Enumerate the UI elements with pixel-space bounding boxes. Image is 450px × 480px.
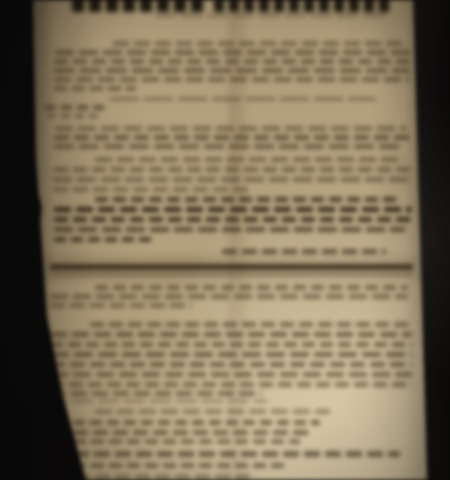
divider-rule	[0, 0, 450, 480]
divider-rule-line	[52, 273, 412, 276]
opening-paragraph-line	[113, 41, 408, 46]
emphasis-paragraph-line	[54, 227, 405, 232]
lower-paragraph-2-line	[50, 391, 262, 396]
lower-paragraph-2-line	[50, 342, 412, 347]
emphasis-paragraph-line	[54, 207, 412, 212]
reference-lines-line	[110, 97, 376, 101]
signature-line	[0, 0, 450, 480]
opening-paragraph-line	[54, 77, 410, 82]
divider-rule-line	[50, 264, 413, 270]
emphasis-paragraph-line	[95, 197, 400, 202]
paragraph-3	[0, 0, 450, 480]
opening-paragraph-line	[54, 68, 410, 73]
poster-paper	[0, 0, 450, 480]
lower-paragraph-1	[0, 0, 450, 480]
signature-line-line	[222, 249, 386, 254]
paragraph-3-line	[95, 157, 404, 162]
lower-paragraph-1-line	[50, 303, 192, 308]
lower-paragraph-2-line	[50, 362, 412, 367]
paragraph-2-line	[54, 144, 402, 149]
lower-paragraph-2-line	[50, 332, 412, 337]
headline	[0, 0, 450, 480]
paragraph-2-line	[55, 126, 406, 131]
lower-paragraph-1-line	[95, 285, 408, 290]
headline-line	[214, 0, 390, 12]
poster-text-blocks	[0, 0, 450, 480]
opening-paragraph-line	[54, 86, 136, 91]
paragraph-2	[0, 0, 450, 480]
closing-list-line	[73, 420, 320, 425]
emphasis-paragraph-line	[54, 217, 412, 222]
lower-paragraph-1-line	[50, 294, 408, 299]
opening-paragraph-line	[55, 50, 410, 55]
headline-line	[155, 13, 388, 18]
paragraph-2-line	[54, 135, 410, 140]
paper-sheet-clip	[0, 0, 450, 480]
list-intro-line	[0, 0, 450, 480]
list-intro-line-line	[95, 409, 330, 414]
lower-paragraph-2-line	[50, 382, 412, 387]
emphasis-paragraph	[0, 0, 450, 480]
opening-paragraph-line	[54, 59, 410, 64]
reference-lines	[0, 0, 450, 480]
closing-list-line	[73, 451, 400, 457]
reference-lines-line	[45, 105, 106, 110]
closing-list-line	[73, 463, 284, 468]
paper-edge-tear	[24, 196, 41, 220]
lower-paragraph-2	[0, 0, 450, 480]
opening-paragraph	[0, 0, 450, 480]
closing-list	[0, 0, 450, 480]
paragraph-3-line	[53, 177, 410, 182]
closing-list-line	[75, 474, 256, 479]
paragraph-3-line	[54, 167, 410, 172]
closing-list-line	[73, 430, 312, 435]
headline-line	[72, 0, 204, 12]
lower-paragraph-2-line	[90, 322, 412, 327]
emphasis-paragraph-line	[54, 237, 152, 242]
lower-paragraph-2-line	[50, 352, 412, 357]
reference-lines-line	[47, 114, 103, 118]
paragraph-3-line	[53, 187, 250, 192]
lower-paragraph-2-line	[50, 372, 412, 377]
lower-paragraph-2-line	[46, 399, 268, 403]
closing-list-line	[73, 439, 300, 444]
photograph	[0, 0, 450, 480]
